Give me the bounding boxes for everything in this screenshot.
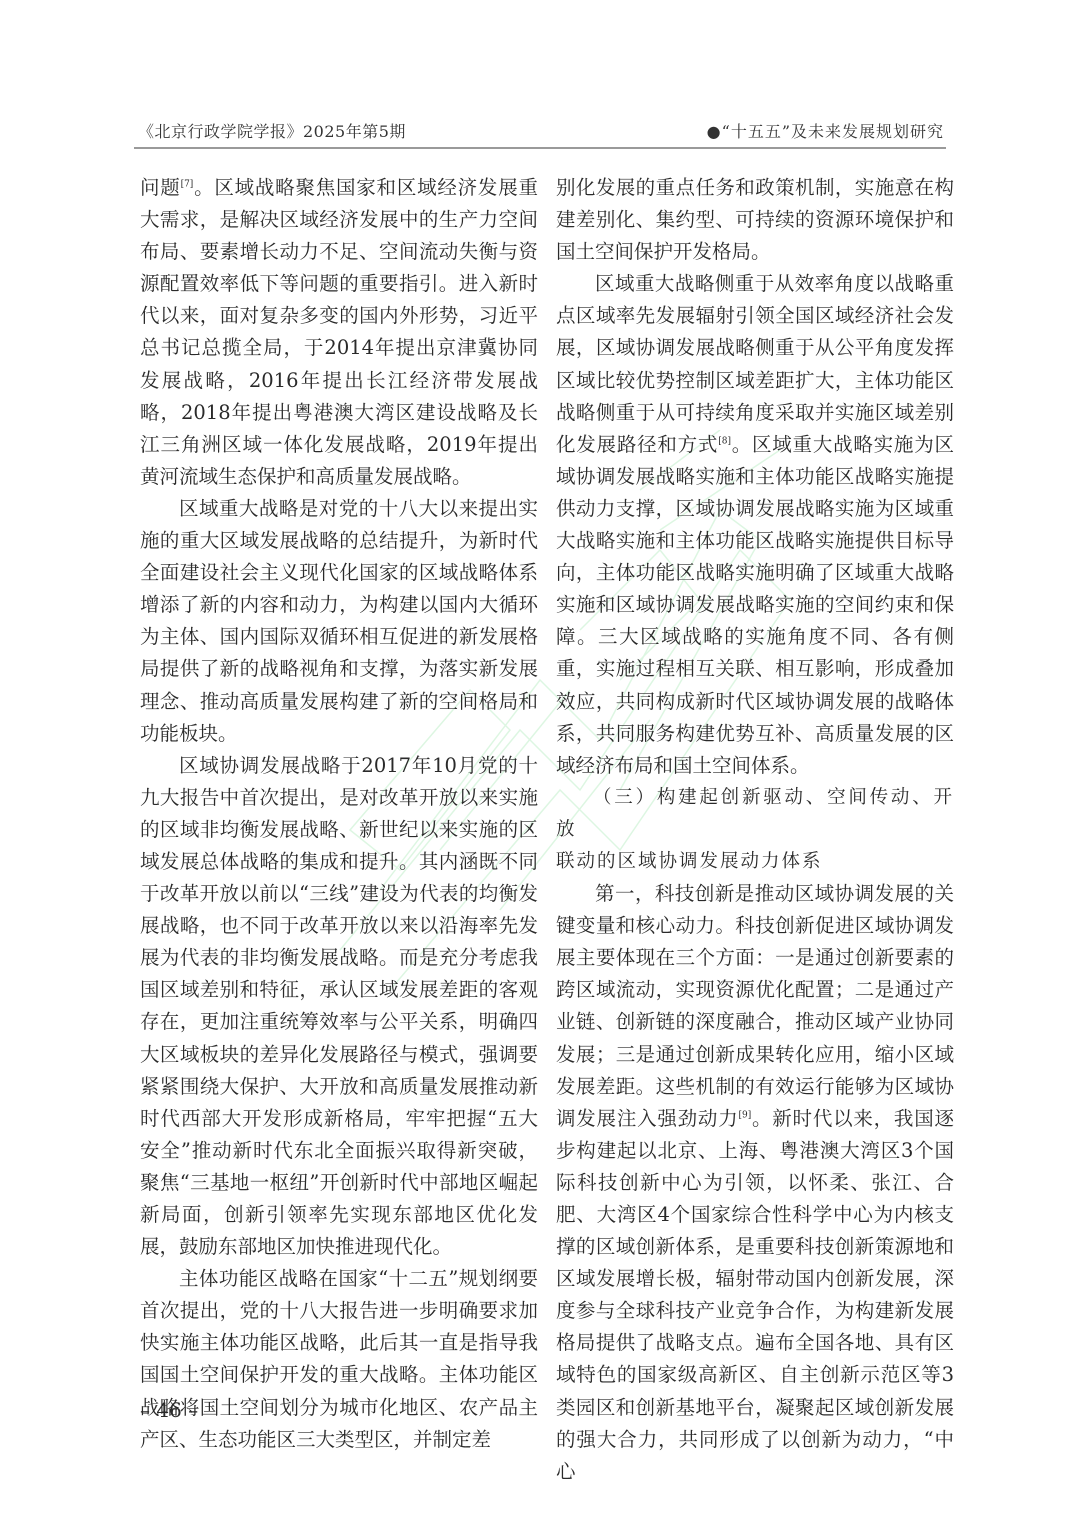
paragraph: 区域重大战略是对党的十八大以来提出实施的重大区域发展战略的总结提升，为新时代全面… [140, 493, 538, 750]
section-heading-continued: 联动的区域协调发展动力体系 [556, 846, 954, 878]
citation-ref[interactable]: [8] [718, 436, 731, 446]
page-number: – 46 – [140, 1398, 198, 1422]
header-divider [134, 147, 946, 149]
running-header: 《北京行政学院学报》2025年第5期 ●“十五五”及未来发展规划研究 [138, 119, 944, 143]
paragraph: 问题[7]。区域战略聚焦国家和区域经济发展重大需求，是解决区域经济发展中的生产力… [140, 172, 538, 493]
left-column: 问题[7]。区域战略聚焦国家和区域经济发展重大需求，是解决区域经济发展中的生产力… [140, 172, 538, 1456]
paragraph: 区域协调发展战略于2017年10月党的十九大报告中首次提出，是对改革开放以来实施… [140, 750, 538, 1264]
paragraph: 第一，科技创新是推动区域协调发展的关键变量和核心动力。科技创新促进区域协调发展主… [556, 878, 954, 1488]
paragraph: 区域重大战略侧重于从效率角度以战略重点区域率先发展辐射引领全国区域经济社会发展，… [556, 268, 954, 782]
citation-ref[interactable]: [7] [181, 180, 194, 190]
section-title: ●“十五五”及未来发展规划研究 [707, 119, 944, 142]
right-column: 别化发展的重点任务和政策机制，实施意在构建差别化、集约型、可持续的资源环境保护和… [556, 172, 954, 1488]
paragraph: 主体功能区战略在国家“十二五”规划纲要首次提出，党的十八大报告进一步明确要求加快… [140, 1263, 538, 1456]
section-heading: （三）构建起创新驱动、空间传动、开放 [556, 782, 954, 846]
paragraph: 别化发展的重点任务和政策机制，实施意在构建差别化、集约型、可持续的资源环境保护和… [556, 172, 954, 268]
paragraph-text: 第一，科技创新是推动区域协调发展的关键变量和核心动力。科技创新促进区域协调发展主… [556, 882, 954, 1130]
paragraph-text: 区域重大战略侧重于从效率角度以战略重点区域率先发展辐射引领全国区域经济社会发展，… [556, 272, 954, 455]
journal-issue: 《北京行政学院学报》2025年第5期 [138, 119, 406, 142]
paragraph-text: 问题 [140, 176, 181, 199]
citation-ref[interactable]: [9] [738, 1110, 751, 1120]
paragraph-text: 。区域战略聚焦国家和区域经济发展重大需求，是解决区域经济发展中的生产力空间布局、… [140, 176, 538, 488]
paragraph-text: 。区域重大战略实施为区域协调发展战略实施和主体功能区战略实施提供动力支撑，区域协… [556, 433, 954, 777]
paragraph-text: 。新时代以来，我国逐步构建起以北京、上海、粤港澳大湾区3个国际科技创新中心为引领… [556, 1107, 954, 1483]
